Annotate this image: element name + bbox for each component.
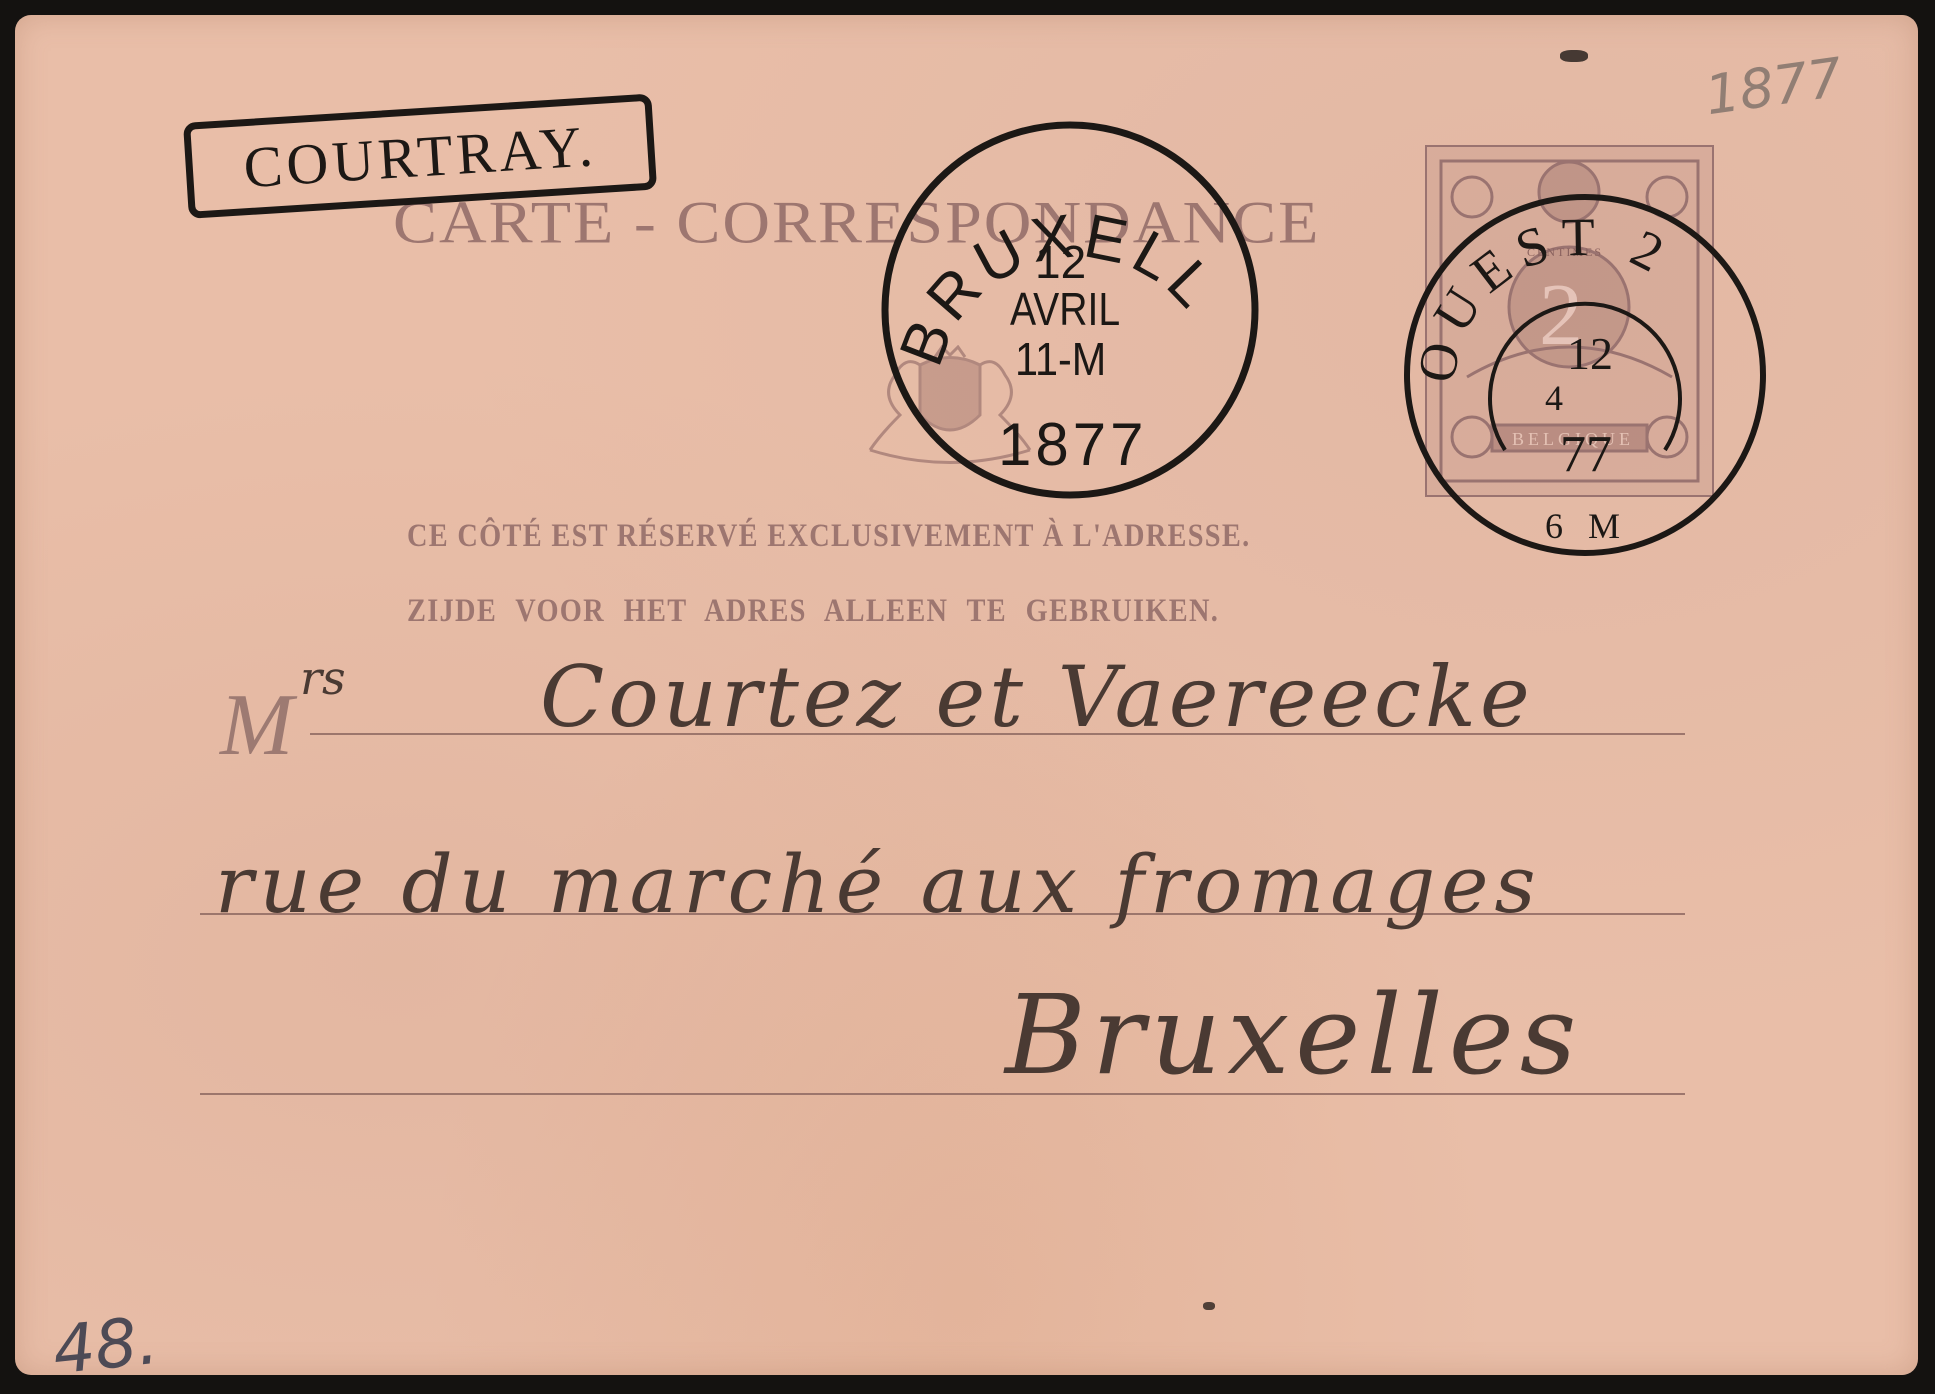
ouest-postmark: OUEST 2 12 4 77 6 M — [1395, 185, 1775, 565]
courtray-text: COURTRAY. — [242, 112, 599, 201]
address-side-instruction-fr: CE CÔTÉ EST RÉSERVÉ EXCLUSIVEMENT À L'AD… — [407, 520, 1250, 553]
bruxelles-time: 11-M — [1015, 332, 1106, 386]
svg-text:OUEST 2: OUEST 2 — [1406, 207, 1682, 387]
bruxelles-month: AVRIL — [1010, 282, 1120, 336]
ink-spot — [1203, 1302, 1215, 1310]
ouest-month: 4 — [1545, 377, 1563, 419]
pencil-year-note: 1877 — [1701, 46, 1846, 128]
printed-salutation: M — [220, 675, 293, 776]
address-side-instruction-nl: ZIJDE VOOR HET ADRES ALLEEN TE GEBRUIKEN… — [407, 595, 1219, 628]
handwritten-addressee: Courtez et Vaereecke — [540, 655, 1534, 739]
handwritten-street: rue du marché aux fromages — [215, 845, 1542, 925]
bruxelles-day: 12 — [1035, 235, 1086, 289]
bruxelles-postmark: BRUXELLES 12 AVRIL 11-M 1877 — [870, 110, 1270, 510]
ouest-year: 77 — [1560, 425, 1612, 484]
ouest-time: 6 M — [1545, 505, 1628, 547]
ouest-office: OUEST 2 — [1406, 207, 1682, 387]
ouest-day: 12 — [1567, 327, 1613, 380]
pencil-inventory-number: 48. — [49, 1302, 161, 1390]
handwritten-city: Bruxelles — [1005, 980, 1582, 1090]
handwritten-superscript: rs — [300, 655, 346, 701]
ink-spot — [1560, 50, 1588, 62]
bruxelles-year: 1877 — [998, 410, 1147, 479]
postcard: 1877 CARTE - CORRESPONDANCE — [15, 15, 1918, 1375]
